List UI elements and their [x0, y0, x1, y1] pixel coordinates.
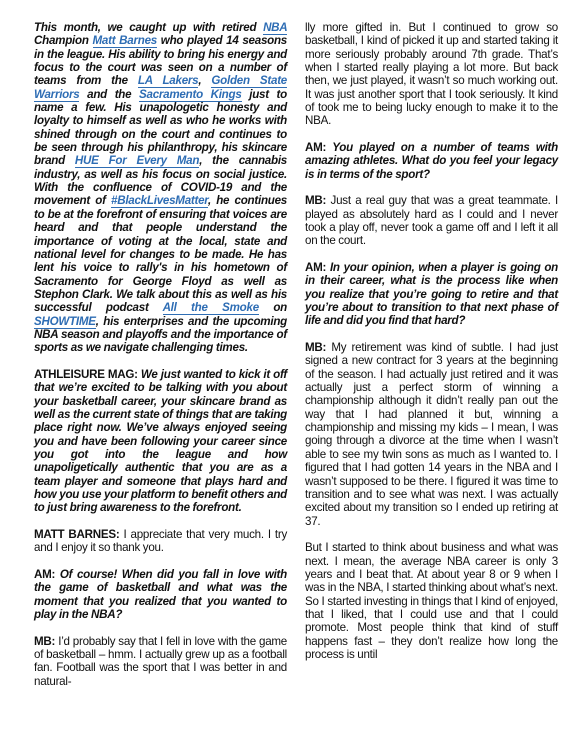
answer-paragraph: MB: I’d probably say that I fell in love… [34, 635, 287, 688]
speaker-label: AM: [305, 261, 326, 274]
link-sacramento-kings[interactable]: Sacramento Kings [139, 88, 242, 102]
speaker-label: MB: [305, 341, 326, 354]
question-paragraph: AM: Of course! When did you fall in love… [34, 568, 287, 621]
question-text: In your opinion, when a player is going … [305, 261, 558, 327]
right-column: lly more gifted in. But I continued to g… [305, 21, 558, 675]
magazine-page: This month, we caught up with retired NB… [0, 0, 576, 746]
answer-text: But I started to think about business an… [305, 541, 558, 661]
link-la-lakers[interactable]: LA Lakers [138, 74, 198, 88]
answer-paragraph: MB: Just a real guy that was a great tea… [305, 194, 558, 247]
question-paragraph: AM: In your opinion, when a player is go… [305, 261, 558, 328]
answer-text: lly more gifted in. But I continued to g… [305, 21, 558, 127]
speaker-label: MB: [34, 635, 55, 648]
answer-paragraph: MB: My retirement was kind of subtle. I … [305, 341, 558, 528]
speaker-label: MATT BARNES: [34, 528, 119, 541]
speaker-label: AM: [305, 141, 326, 154]
speaker-label: AM: [34, 568, 55, 581]
answer-text: Just a real guy that was a great teammat… [305, 194, 558, 247]
question-text: Of course! When did you fall in love wit… [34, 568, 287, 621]
intro-text: , [198, 74, 211, 87]
answer-paragraph: MATT BARNES: I appreciate that very much… [34, 528, 287, 555]
answer-text: My retirement was kind of subtle. I had … [305, 341, 558, 527]
answer-paragraph: lly more gifted in. But I continued to g… [305, 21, 558, 128]
intro-text: , he continues to be at the forefront of… [34, 194, 287, 314]
question-paragraph: ATHLEISURE MAG: We just wanted to kick i… [34, 368, 287, 515]
link-nba[interactable]: NBA [263, 21, 287, 35]
link-matt-barnes[interactable]: Matt Barnes [93, 34, 157, 48]
speaker-label: ATHLEISURE MAG: [34, 368, 138, 381]
link-showtime[interactable]: SHOWTIME [34, 315, 96, 329]
intro-text: Champion [34, 34, 93, 47]
link-blacklivesmatter[interactable]: #BlackLivesMatter [111, 194, 208, 208]
question-paragraph: AM: You played on a number of teams with… [305, 141, 558, 181]
intro-paragraph: This month, we caught up with retired NB… [34, 21, 287, 355]
answer-paragraph: But I started to think about business an… [305, 541, 558, 661]
intro-text: and the [79, 88, 139, 101]
link-all-the-smoke[interactable]: All the Smoke [163, 301, 259, 315]
intro-text: on [259, 301, 287, 314]
question-text: You played on a number of teams with ama… [305, 141, 558, 181]
link-hue-for-every-man[interactable]: HUE For Every Man [75, 154, 199, 168]
answer-text: I’d probably say that I fell in love wit… [34, 635, 287, 688]
speaker-label: MB: [305, 194, 326, 207]
left-column: This month, we caught up with retired NB… [34, 21, 287, 701]
intro-text: This month, we caught up with retired [34, 21, 263, 34]
question-text: We just wanted to kick it off that we’re… [34, 368, 287, 514]
